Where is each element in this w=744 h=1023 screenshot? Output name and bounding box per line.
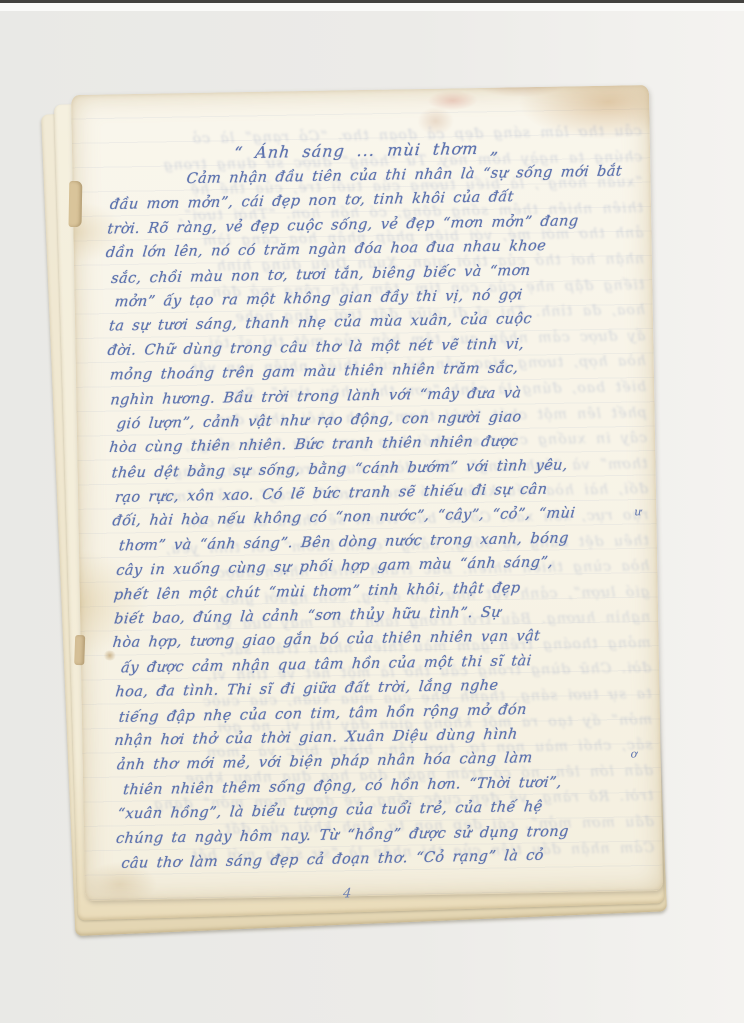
paper-tear-small [74, 635, 85, 665]
page-number-mark: 4 [342, 886, 352, 901]
paper-tear [69, 181, 83, 227]
scanner-background: câu thơ làm sáng đẹp cả đoạn thơ. “Cỏ rạ… [0, 0, 744, 1023]
handwritten-text: “ Ánh sáng ... mùi thơm „ Cảm nhận đầu t… [106, 133, 649, 875]
scanner-light-band [0, 3, 744, 11]
margin-correction-mark: ư [634, 505, 641, 518]
document-page: câu thơ làm sáng đẹp cả đoạn thơ. “Cỏ rạ… [71, 85, 663, 901]
margin-correction-mark: ơ [630, 747, 637, 760]
